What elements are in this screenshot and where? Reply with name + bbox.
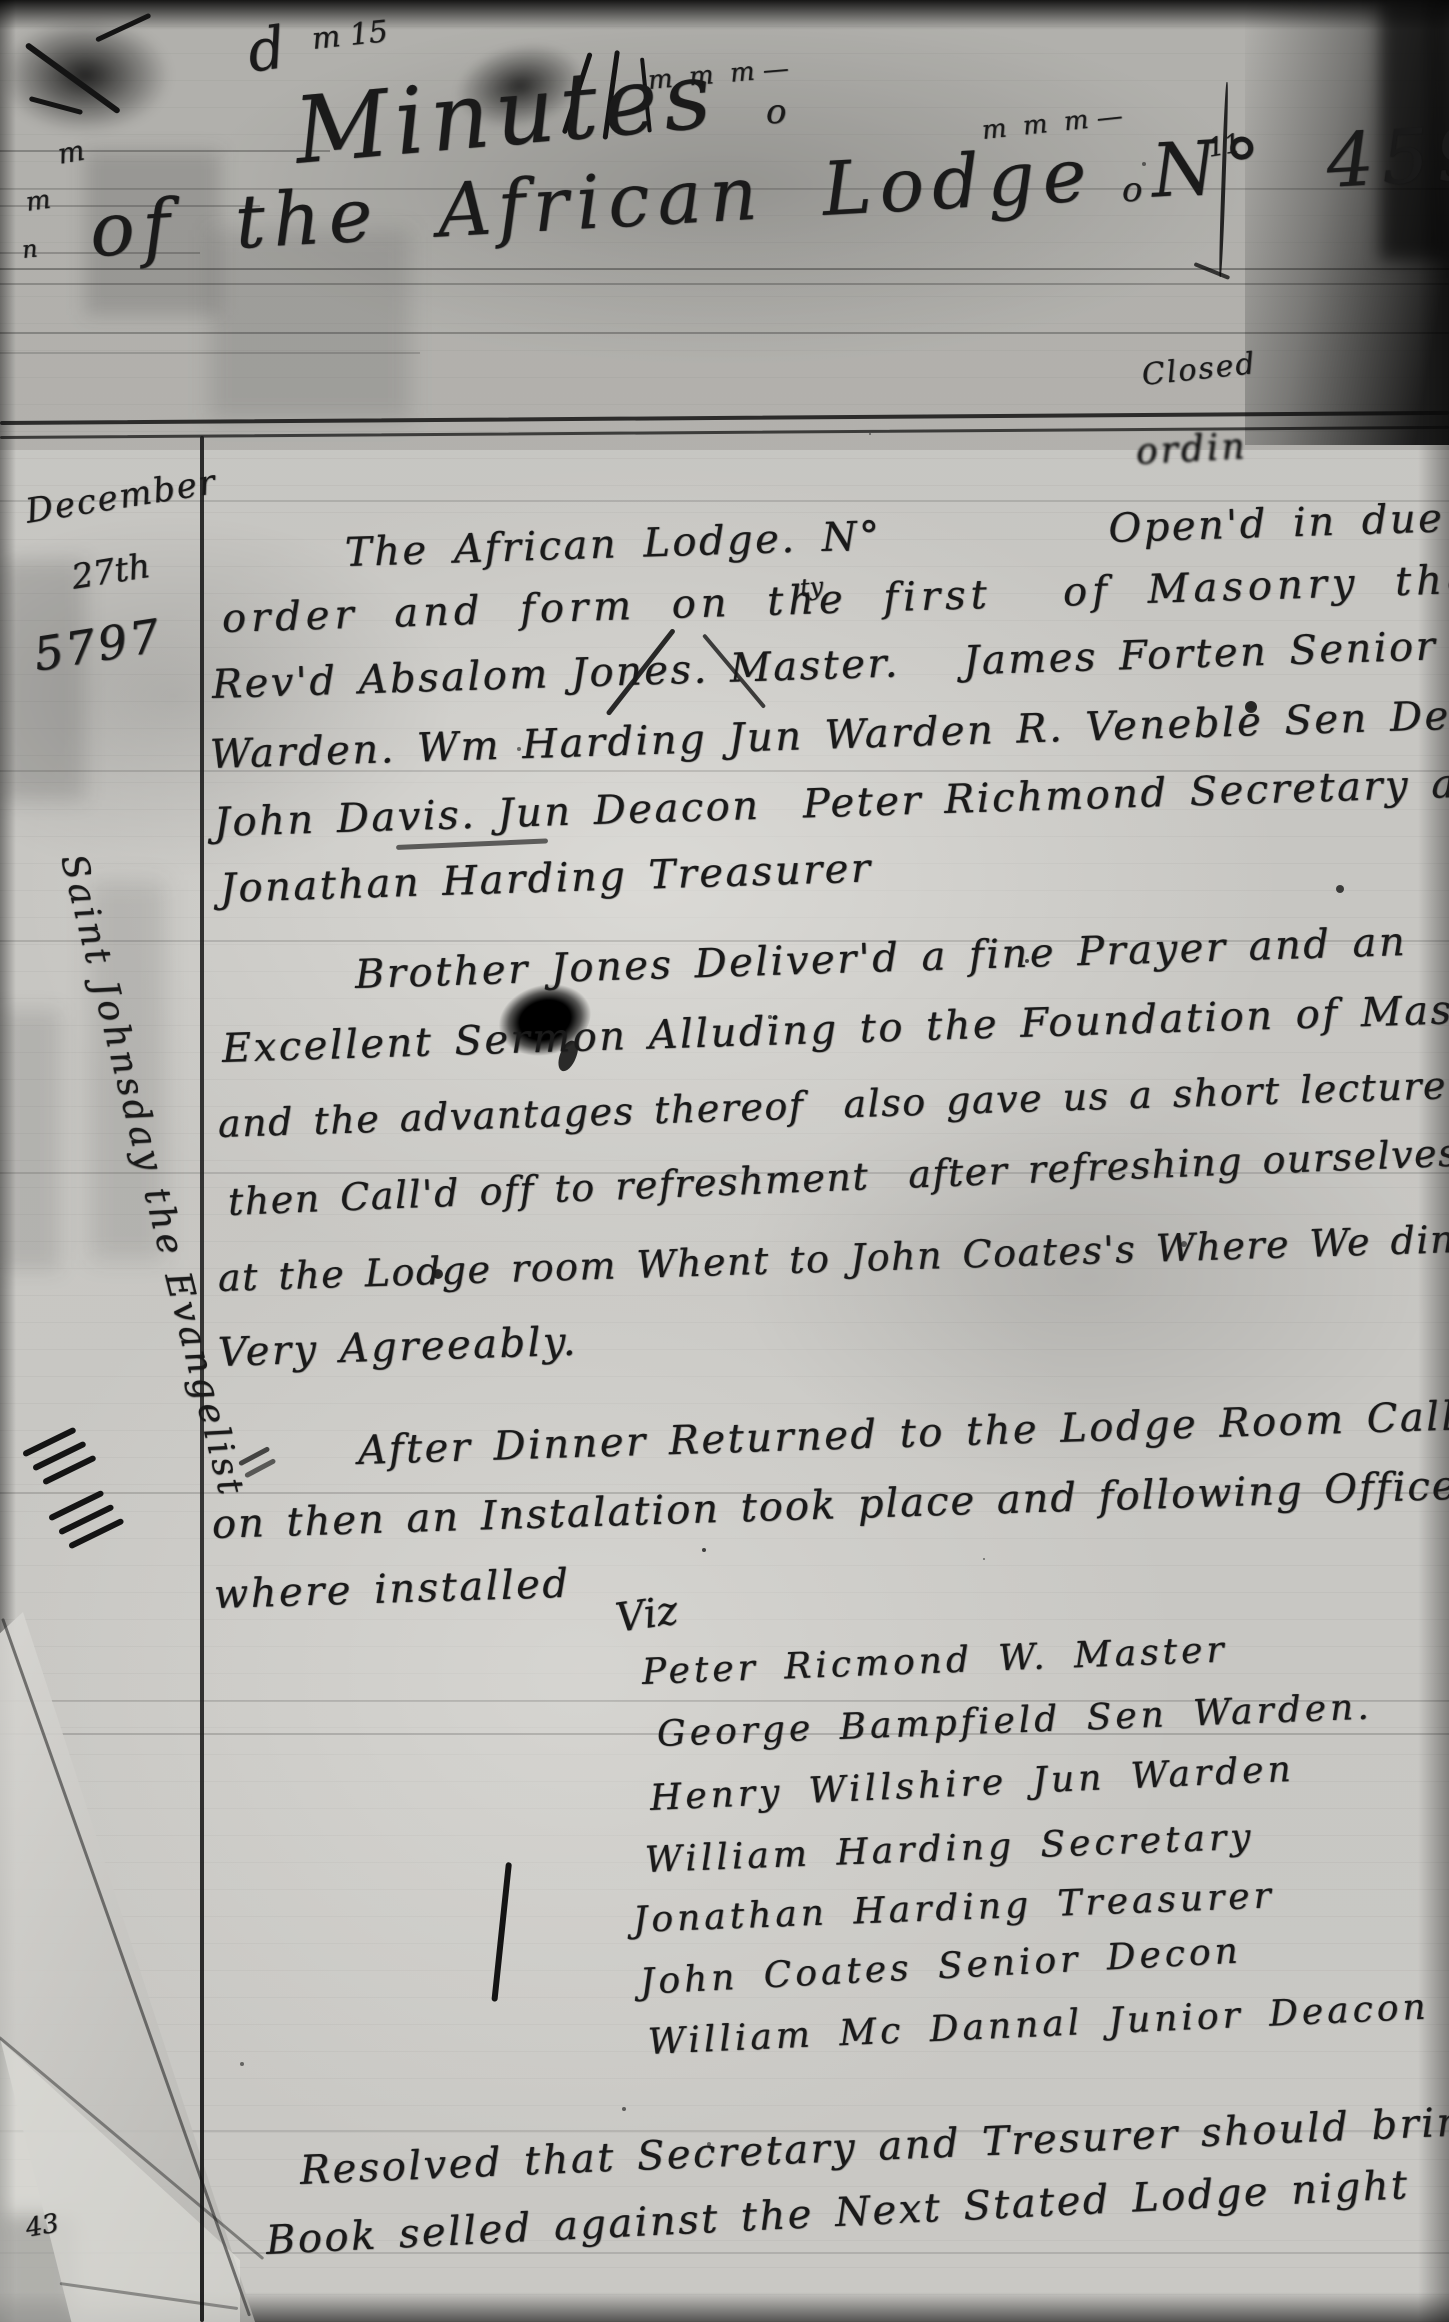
officer-line: William Mc Dannal Junior Deacon [647,1987,1430,2063]
page-fold-flap [0,2040,240,2322]
body-line: Jonathan Harding Treasurer [219,846,873,912]
deacon-underline [396,838,548,850]
ruled-line [0,150,330,152]
page-subtitle: of the African Lodge N° 459 [88,110,1449,274]
scribble-ordin: ordin [1135,426,1249,473]
officer-line: Jonathan Harding Treasurer [632,1875,1275,1941]
top-left-blotch [0,18,170,133]
body-line: After Dinner Returned to the Lodge Room … [357,1392,1449,1474]
scribble-11: 11 [1205,128,1243,163]
fold-crease [60,2282,239,2310]
scribble-o: o [766,92,786,132]
body-line: Warden. Wm Harding Jun Warden R. Veneble… [209,690,1449,778]
margin-side-note: Saint Johnsday the Evangelist [52,850,252,1502]
officer-line: Peter Ricmond W. Master [641,1630,1228,1693]
left-edge-shadow [0,0,16,2322]
margin-page-mark: 43 [23,2208,61,2243]
ruled-line [0,352,420,354]
body-line: Very Agreeably. [217,1319,578,1376]
body-line: John Davis. Jun Deacon Peter Richmond Se… [213,759,1449,846]
body-line: Brother Jones Deliver'd a fine Prayer an… [354,919,1408,998]
officer-line: John Coates Senior Decon [639,1930,1243,2002]
insertion-ty: ty [799,572,825,602]
scribble-stroke [29,96,83,115]
ruled-line [0,268,1449,270]
header-pen-hook [1194,262,1231,280]
scribble-stroke [95,13,151,43]
top-edge-shadow [0,0,1449,30]
margin-smudge-3 [0,1010,60,1270]
body-line: where installed [213,1561,571,1618]
ruled-line [0,2252,1449,2254]
viz-label: Viz [613,1588,681,1642]
closed-note: Closed [1140,346,1258,393]
officer-line: William Harding Secretary [644,1817,1255,1881]
scribble-m: m [55,134,87,171]
right-edge-shadow-header [1245,0,1449,445]
ruled-line [0,332,1449,334]
scribble-n: n [21,234,39,263]
margin-date-month: December [23,462,220,532]
scribble-o: o [1122,170,1142,210]
scribble-letter-d: d [243,13,289,86]
header-rule-top [0,411,1449,425]
body-line: and the advantages thereof also gave us … [217,1060,1449,1146]
body-line: at the Lodge room Whent to John Coates's… [217,1215,1449,1300]
scribble-m15: m 15 [310,14,389,57]
body-line: Excellent Sermon Alluding to the Foundat… [221,984,1449,1072]
officer-ink-stroke [491,1862,512,2002]
margin-date-day: 27th [69,546,153,598]
officer-line: Henry Willshire Jun Warden [649,1749,1295,1819]
margin-date-year: 5797 [30,608,166,682]
scribble-m: m [24,185,53,218]
officer-line: George Bampfield Sen Warden. [656,1687,1373,1755]
ruled-line [0,283,1449,285]
body-line: then Call'd off to refreshment after ref… [227,1131,1449,1224]
manuscript-page: Minutes of the African Lodge N° 459 Clos… [0,0,1449,2322]
body-line: on then an Instalation took place and fo… [211,1462,1449,1548]
ink-specks [0,0,8,8]
